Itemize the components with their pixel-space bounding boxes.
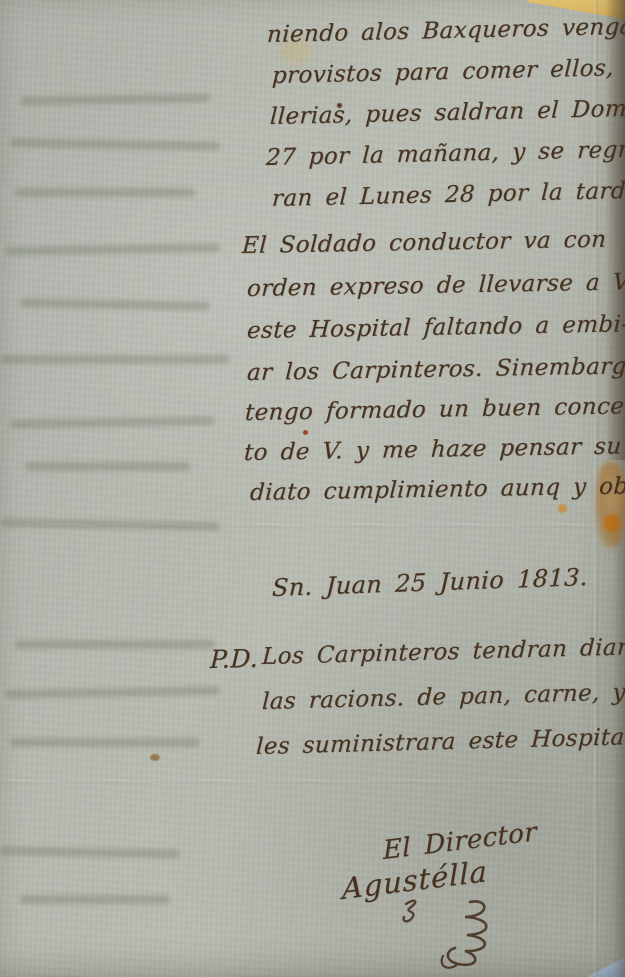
handwritten-line: las racions. de pan, carne, y vino q: [261, 677, 625, 715]
handwritten-line: llerias, pues saldran el Domingo: [269, 95, 625, 130]
bleedthrough-line: [20, 895, 170, 904]
dateline: Sn. Juan 25 Junio 1813.: [272, 563, 589, 602]
background-corner-bottom-right: [587, 957, 625, 977]
bleedthrough-line: [15, 640, 215, 649]
handwritten-line: les suministrara este Hospital.: [255, 724, 625, 760]
bleedthrough-line: [0, 518, 220, 531]
horizontal-fold-crease: [0, 780, 625, 783]
bleedthrough-line: [25, 462, 190, 471]
handwritten-line: orden expreso de llevarse a V.: [246, 269, 625, 302]
bleedthrough-line: [10, 738, 200, 747]
handwritten-line: ar los Carpinteros. Sinembargo: [246, 353, 625, 386]
paper-stain: [604, 514, 620, 532]
handwritten-line: este Hospital faltando a embi-: [246, 311, 625, 344]
bleedthrough-line: [5, 243, 220, 256]
handwritten-line: ran el Lunes 28 por la tarde.: [271, 177, 625, 212]
bleedthrough-line: [0, 355, 230, 364]
paper-stain: [150, 754, 160, 761]
bleedthrough-line: [20, 298, 210, 310]
handwritten-line: diato cumplimiento aunq y obre: [249, 473, 625, 506]
handwritten-line: to de V. y me haze pensar su ime-: [243, 432, 625, 466]
handwritten-line: 27 por la mañana, y se regresa-: [265, 136, 625, 171]
handwritten-line: niendo alos Baxqueros vengan: [266, 13, 625, 48]
postscript-label: P.D.: [209, 644, 259, 674]
bleedthrough-line: [15, 188, 195, 197]
handwritten-line: El Soldado conductor va con: [241, 227, 607, 259]
handwritten-line: tengo formado un buen concep-: [244, 393, 625, 426]
page-edge-shadow: [613, 460, 625, 977]
handwritten-line: Los Carpinteros tendran diariamte: [261, 633, 625, 670]
handwritten-line: provistos para comer ellos, y Cava-: [271, 53, 625, 89]
signature-rubric: [388, 896, 506, 977]
bleedthrough-line: [20, 93, 210, 105]
bleedthrough-line: [10, 416, 215, 429]
bleedthrough-line: [10, 138, 220, 151]
horizontal-fold-crease: [0, 524, 625, 527]
manuscript-page: niendo alos Baxqueros vengan provistos p…: [0, 0, 625, 977]
paper-stain: [558, 504, 567, 513]
bleedthrough-line: [0, 846, 180, 858]
bleedthrough-line: [5, 686, 220, 699]
ink-speck: [303, 430, 308, 435]
